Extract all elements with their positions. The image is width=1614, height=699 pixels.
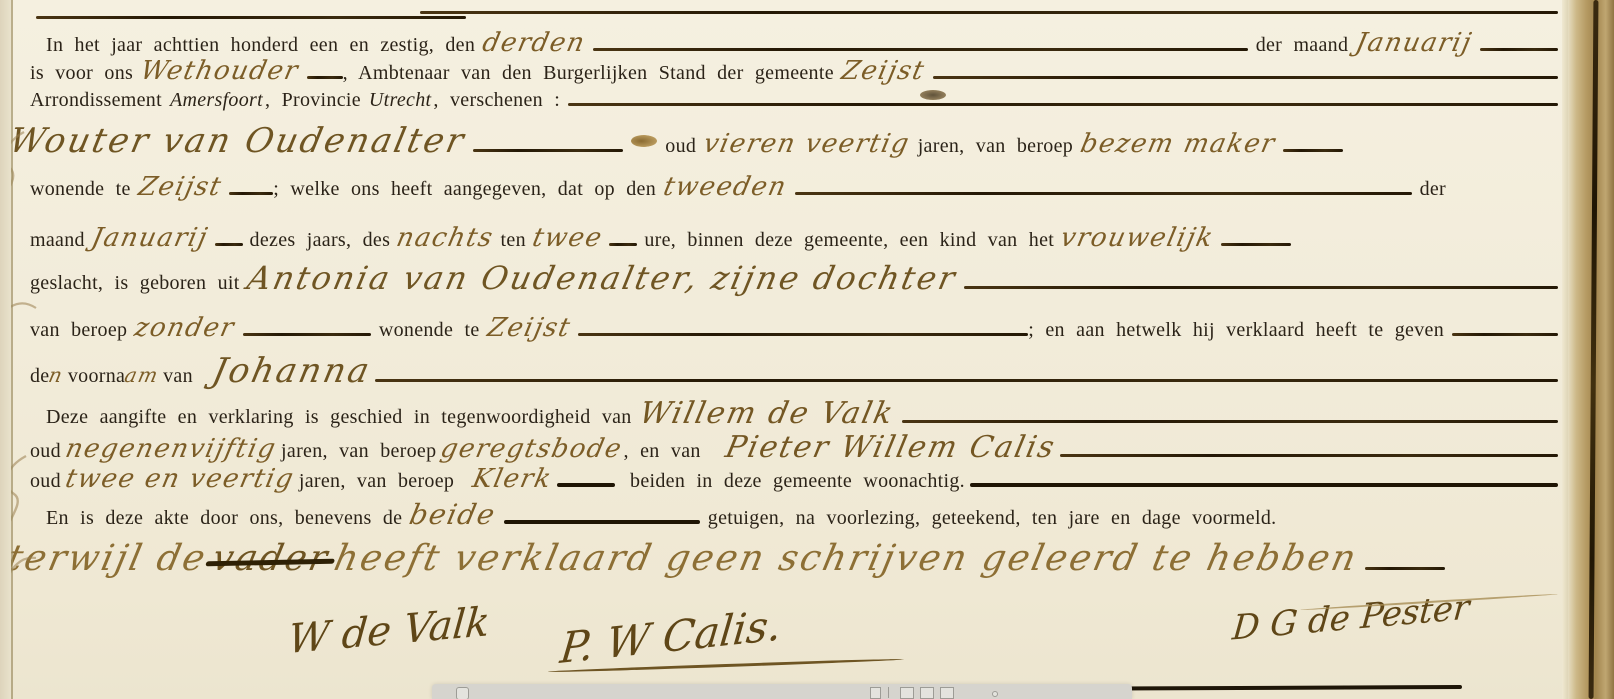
handwritten-correction: am: [123, 363, 162, 387]
scanned-birth-record: In het jaar achttien honderd een en zest…: [0, 0, 1614, 699]
handwritten-month: Januarij: [89, 223, 211, 253]
form-rule: [375, 379, 1558, 382]
form-rule: [578, 333, 1028, 336]
checkbox-icon: [456, 687, 469, 699]
handwritten-witness2-name: Pieter Willem Calis: [722, 430, 1059, 465]
handwritten-mother-residence: Zeijst: [484, 313, 573, 343]
page-thumbnail-icon: [940, 687, 954, 699]
handwritten-child-name: Johanna: [209, 351, 375, 391]
handwritten-daypart: nachts: [394, 223, 497, 253]
handwritten-clause: heeft verklaard geen schrijven geleerd t…: [330, 538, 1361, 579]
signature-registrar: D G de Pester: [1231, 587, 1471, 648]
printed-text: wonende te: [379, 319, 480, 342]
dot-icon: [992, 691, 998, 697]
handwritten-witness2-age: twee en veertig: [63, 464, 297, 494]
form-rule: [609, 243, 637, 246]
spacer: [1454, 194, 1558, 195]
printed-text: jaren, van beroep: [918, 135, 1073, 158]
akte-line-11: oud negenenvijftig jaren, van beroep ger…: [30, 430, 1558, 465]
akte-line-10: Deze aangifte en verklaring is geschied …: [30, 396, 1558, 431]
form-rule: [1365, 567, 1445, 570]
form-rule: [557, 483, 615, 487]
handwritten-residence: Zeijst: [135, 172, 224, 202]
akte-line-8: van beroep zonder wonende te Zeijst ; en…: [30, 313, 1558, 343]
page-thumbnail-icon: [870, 687, 881, 699]
handwritten-witness2-occupation: Klerk: [470, 464, 555, 494]
handwritten-gemeente: Zeijst: [839, 56, 928, 86]
printed-provincie: Utrecht: [369, 89, 431, 112]
form-rule: [504, 520, 700, 524]
ink-blot: [631, 135, 657, 147]
akte-line-6: maand Januarij dezes jaars, des nachts t…: [30, 223, 1558, 253]
form-rule: [1221, 243, 1291, 246]
handwritten-hour: twee: [530, 223, 606, 253]
form-rule: [795, 192, 1412, 195]
printed-text: , Ambtenaar van den Burgerlijken Stand d…: [343, 62, 834, 85]
handwritten-birth-day: tweeden: [661, 172, 790, 202]
printed-text: van: [163, 365, 193, 388]
form-rule: [964, 286, 1558, 289]
handwritten-age: vieren veertig: [701, 129, 913, 159]
printed-text: getuigen, na voorlezing, geteekend, ten …: [708, 507, 1277, 530]
handwritten-official: Wethouder: [138, 56, 302, 86]
form-rule: [243, 333, 371, 336]
printed-text: , Provincie: [265, 89, 361, 112]
handwritten-mother-occupation: zonder: [132, 313, 238, 343]
printed-text: , verschenen :: [433, 89, 560, 112]
printed-text: ure, binnen deze gemeente, een kind van …: [644, 229, 1054, 252]
handwritten-struck-word: vader: [208, 538, 333, 579]
printed-text: dezes jaars, des: [250, 229, 391, 252]
printed-text: In het jaar achttien honderd een en zest…: [30, 34, 475, 57]
form-rule: [593, 48, 1247, 51]
handwritten-witness1-age: negenenvijftig: [63, 434, 280, 464]
printed-text: der: [1420, 178, 1446, 201]
printed-text: ; welke ons heeft aangegeven, dat op den: [273, 178, 656, 201]
printed-text: ; en aan hetwelk hij verklaard heeft te …: [1028, 319, 1444, 342]
printed-text: is voor ons: [30, 62, 133, 85]
printed-text: jaren, van beroep: [281, 440, 436, 463]
printed-text: ten: [501, 229, 526, 252]
form-rule: [933, 76, 1558, 79]
form-rule: [307, 76, 343, 79]
signature-witness2: P. W Calis.: [558, 600, 784, 673]
printed-text: , en van: [624, 440, 701, 463]
printed-text: der maand: [1256, 34, 1349, 57]
akte-line-7: geslacht, is geboren uit Antonia van Oud…: [30, 259, 1558, 297]
printed-text: oud: [30, 440, 61, 463]
handwritten-mother-name: Antonia van Oudenalter, zijne dochter: [244, 259, 961, 297]
ink-blot: [920, 90, 946, 100]
form-rule: [36, 16, 466, 19]
form-rule: [568, 103, 1558, 106]
akte-line-12: oud twee en veertig jaren, van beroep Kl…: [30, 464, 1558, 494]
page-thumbnail-icon: [920, 687, 934, 699]
page-edge: [0, 0, 11, 699]
viewer-toolbar-cutoff: [432, 684, 1132, 699]
form-rule: [420, 11, 1558, 14]
akte-line-4: Wouter van Oudenalter oud vieren veertig…: [10, 121, 1558, 161]
form-rule: [229, 192, 273, 195]
printed-text: En is deze akte door ons, benevens de: [30, 507, 402, 530]
akte-line-2: is voor ons Wethouder , Ambtenaar van de…: [30, 56, 1558, 86]
printed-text: Deze aangifte en verklaring is geschied …: [30, 406, 632, 429]
akte-line-9: de n voorna am van Johanna: [30, 351, 1558, 391]
form-rule: [902, 420, 1559, 423]
handwritten-day: derden: [480, 28, 589, 58]
handwritten-gender: vrouwelijk: [1058, 223, 1217, 253]
printed-text: jaren, van beroep: [299, 470, 454, 493]
printed-text: oud: [30, 470, 61, 493]
form-rule: [1480, 48, 1558, 51]
form-rule: [473, 149, 623, 152]
akte-line-13: En is deze akte door ons, benevens de be…: [30, 498, 1558, 531]
form-rule: [215, 243, 243, 246]
page-thumbnail-icon: [900, 687, 914, 699]
akte-line-3: Arrondissement Amersfoort , Provincie Ut…: [30, 89, 1558, 112]
akte-line-14: terwijl de vader heeft verklaard geen sc…: [8, 538, 1484, 579]
printed-text: Arrondissement: [30, 89, 162, 112]
printed-text: beiden in deze gemeente woonachtig.: [630, 470, 965, 493]
handwritten-witness-count: beide: [407, 498, 499, 531]
printed-text: geslacht, is geboren uit: [30, 272, 240, 295]
akte-line-5: wonende te Zeijst ; welke ons heeft aang…: [30, 172, 1558, 202]
form-rule: [1060, 454, 1558, 457]
printed-arrondissement: Amersfoort: [170, 89, 263, 112]
printed-text: maand: [30, 229, 85, 252]
form-rule: [1283, 149, 1343, 152]
printed-text: voorna: [68, 365, 125, 388]
handwritten-month: Januarij: [1353, 28, 1475, 58]
printed-text: van beroep: [30, 319, 127, 342]
handwritten-witness1-name: Willem de Valk: [636, 396, 897, 431]
form-rule: [1452, 333, 1558, 336]
printed-text: wonende te: [30, 178, 131, 201]
handwritten-correction: n: [47, 363, 66, 387]
handwritten-declarant-name: Wouter van Oudenalter: [6, 121, 470, 161]
handwritten-witness1-occupation: geregtsbode: [438, 434, 625, 464]
printed-text: oud: [665, 135, 696, 158]
handwritten-occupation: bezem maker: [1078, 129, 1279, 159]
akte-line-1: In het jaar achttien honderd een en zest…: [30, 28, 1558, 58]
divider-icon: [888, 687, 889, 698]
form-rule: [970, 483, 1558, 487]
page-edge-line: [11, 0, 13, 699]
signature-witness1: W de Valk: [286, 599, 491, 663]
